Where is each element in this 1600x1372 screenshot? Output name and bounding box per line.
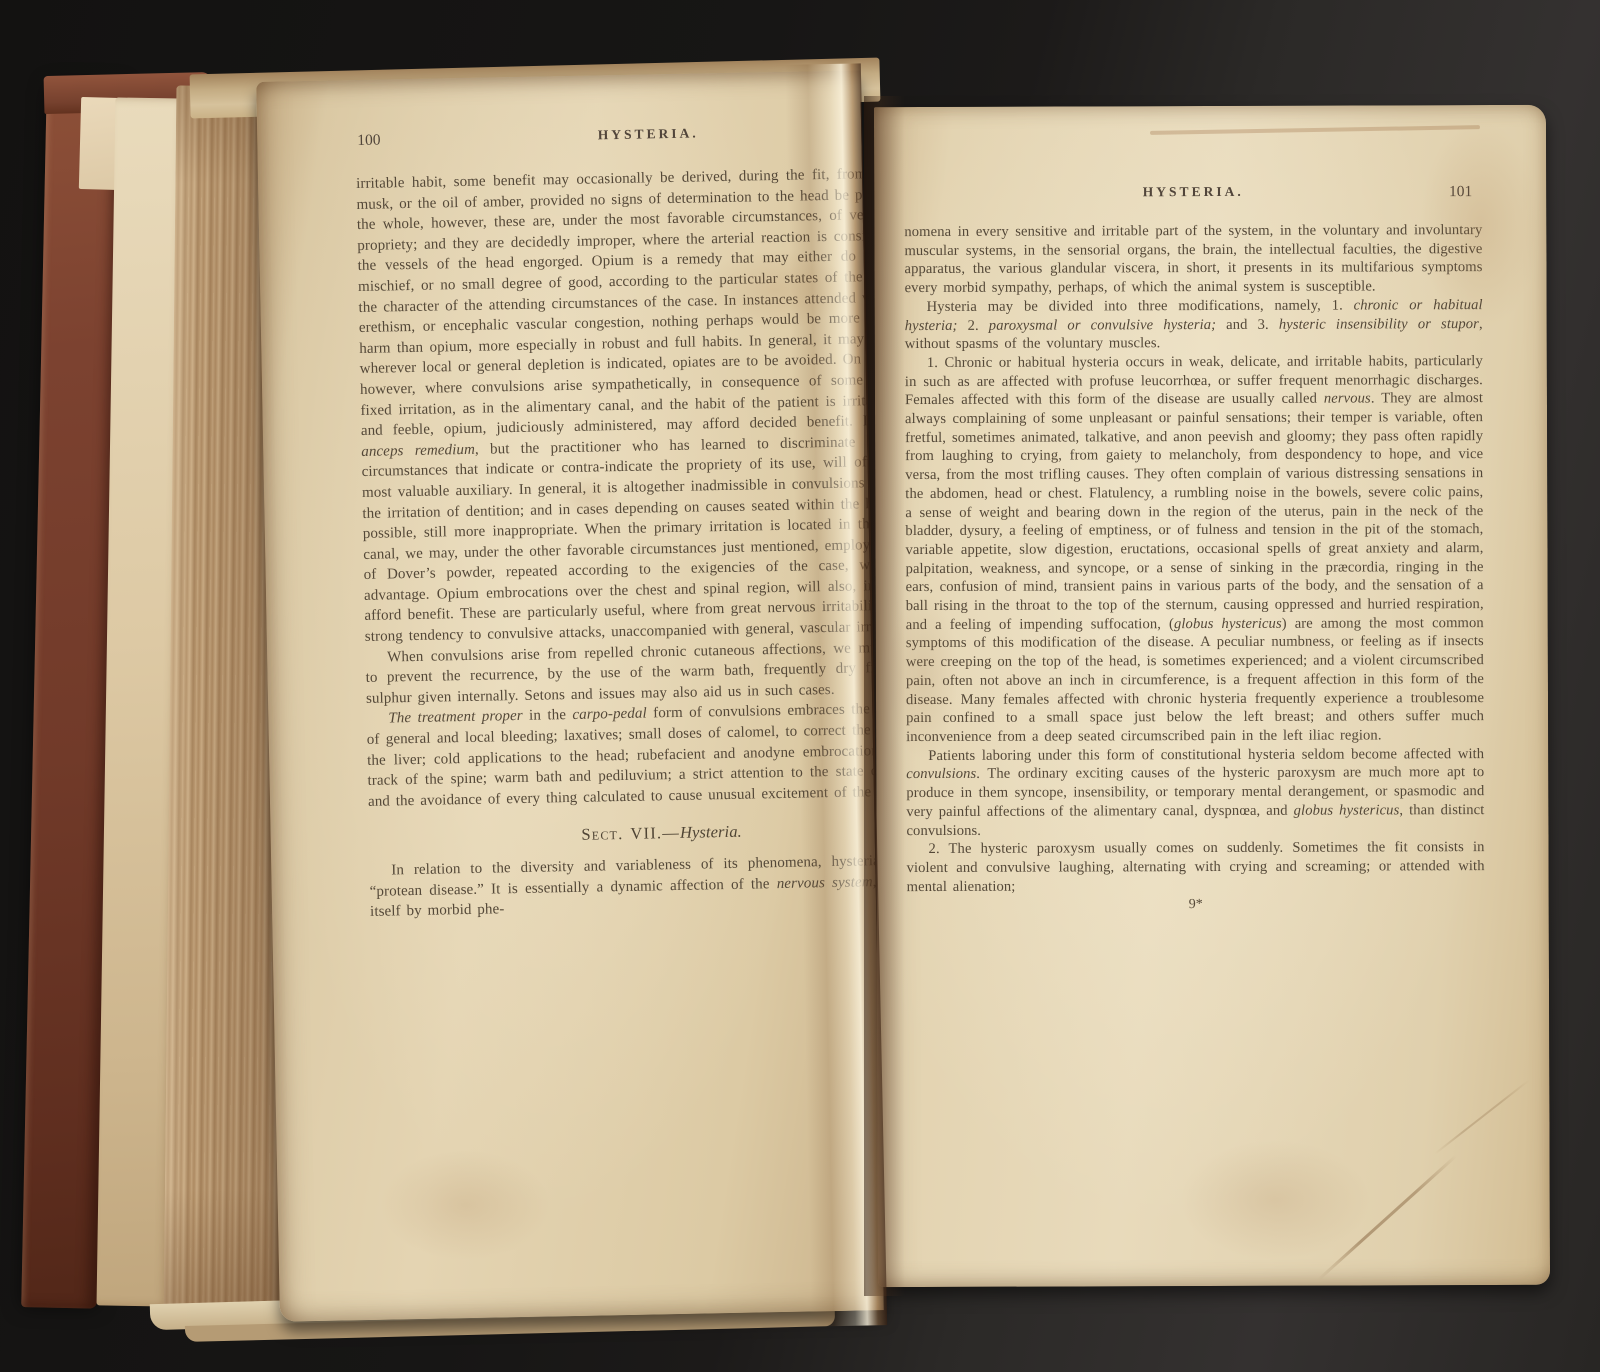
right-page-text: nomena in every sensitive and irritable …	[904, 221, 1484, 896]
paragraph: The treatment proper in the carpo-pedal …	[366, 698, 884, 812]
paragraph: irritable habit, some benefit may occasi…	[356, 163, 884, 648]
right-page-number: 101	[1449, 183, 1472, 201]
right-page-content: HYSTERIA. 101 nomena in every sensitive …	[904, 183, 1485, 914]
paragraph: Patients laboring under this form of con…	[906, 745, 1484, 841]
paragraph: 1. Chronic or habitual hysteria occurs i…	[905, 352, 1484, 747]
paragraph: 2. The hysteric paroxysm usually comes o…	[907, 838, 1485, 896]
signature-mark: 9*	[907, 896, 1485, 914]
right-page: HYSTERIA. 101 nomena in every sensitive …	[874, 105, 1550, 1287]
left-running-head: HYSTERIA.	[355, 121, 884, 148]
paragraph: nomena in every sensitive and irritable …	[904, 221, 1482, 298]
left-page-header: 100 HYSTERIA.	[355, 121, 884, 154]
paragraph: Hysteria may be divided into three modif…	[905, 296, 1483, 354]
paragraph: When convulsions arise from repelled chr…	[365, 636, 884, 709]
left-page-text: irritable habit, some benefit may occasi…	[356, 163, 884, 923]
right-page-header: HYSTERIA. 101	[904, 183, 1482, 207]
right-running-head: HYSTERIA.	[904, 183, 1482, 201]
left-page-content: 100 HYSTERIA. irritable habit, some bene…	[355, 121, 884, 923]
left-page: 100 HYSTERIA. irritable habit, some bene…	[256, 70, 884, 1321]
section-heading: Sect. VII.—Hysteria.	[369, 818, 884, 850]
photo-background: 100 HYSTERIA. irritable habit, some bene…	[0, 0, 1600, 1372]
paragraph: In relation to the diversity and variabl…	[369, 850, 884, 923]
